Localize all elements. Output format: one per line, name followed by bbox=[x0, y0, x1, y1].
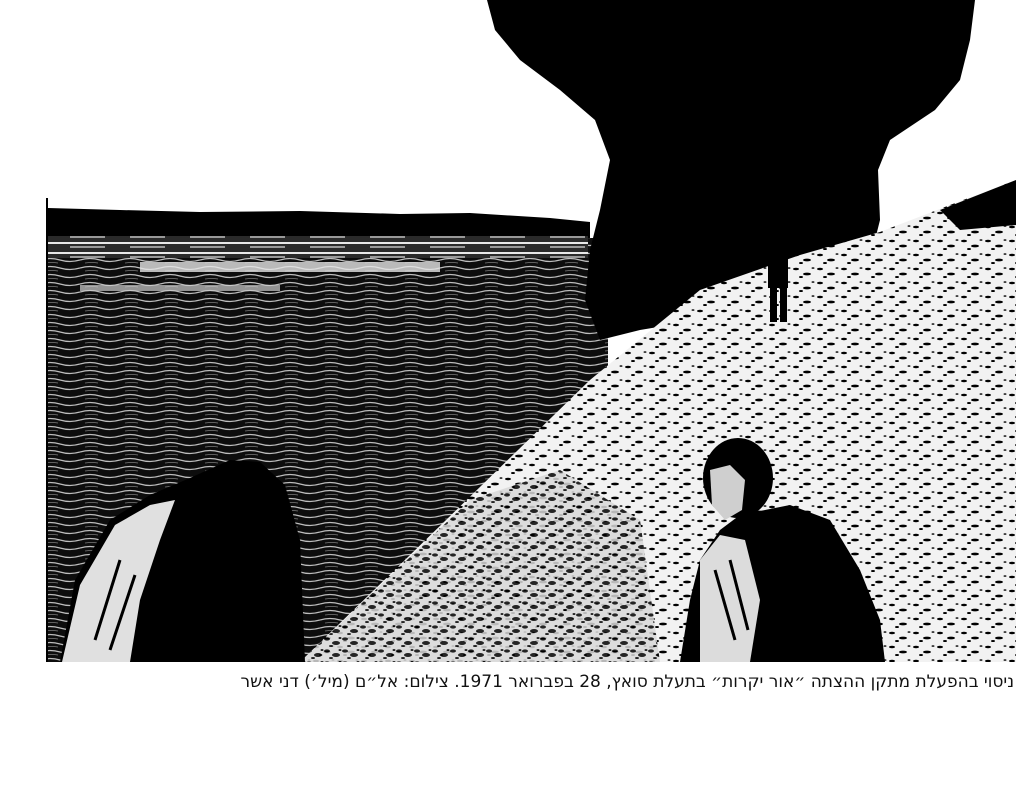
photograph bbox=[0, 0, 1024, 662]
photo-caption: ניסוי בהפעלת מתקן ההצתה ״אור יקרות״ בתעל… bbox=[14, 670, 1014, 694]
